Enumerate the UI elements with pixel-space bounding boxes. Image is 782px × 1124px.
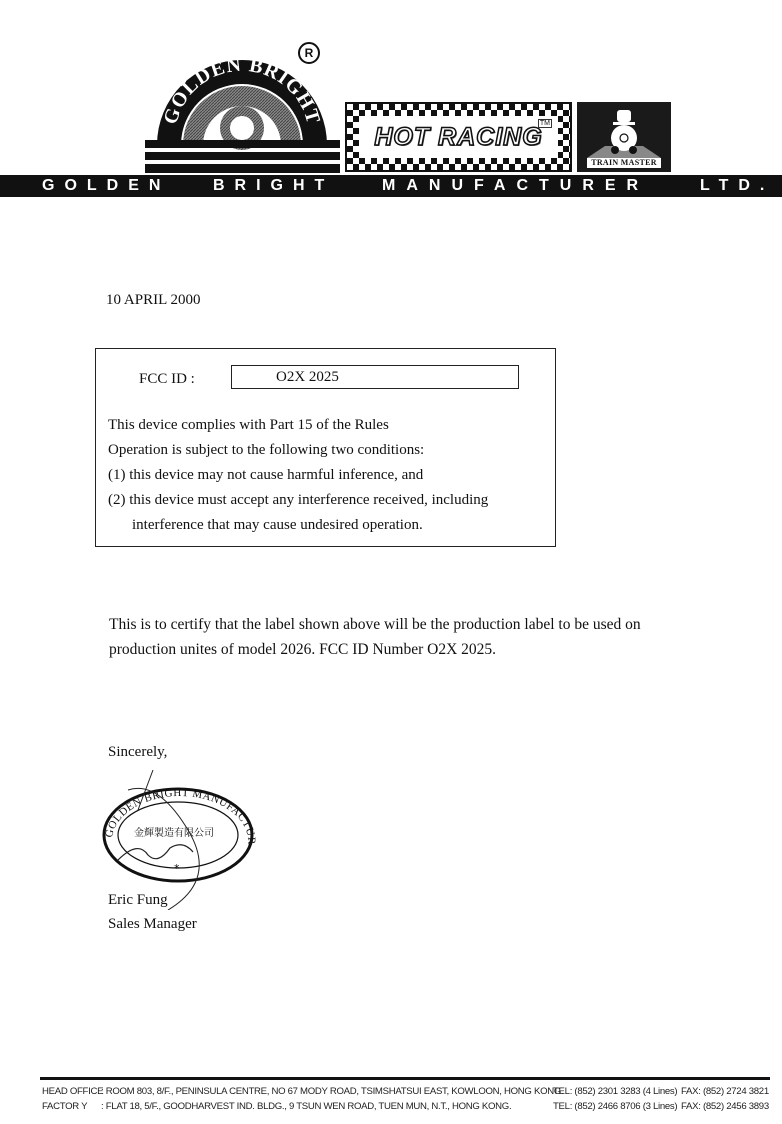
head-office-fax: FAX: (852) 2724 3821 <box>681 1086 769 1097</box>
company-banner: GOLDEN BRIGHT MANUFACTURER LTD. <box>0 175 782 197</box>
conditions-intro: Operation is subject to the following tw… <box>108 442 424 459</box>
closing: Sincerely, <box>108 744 167 761</box>
stamp-star: * <box>174 862 180 875</box>
head-office-address: ROOM 803, 8/F., PENINSULA CENTRE, NO 67 … <box>106 1086 564 1097</box>
factory-address: FLAT 18, 5/F., GOODHARVEST IND. BLDG., 9… <box>106 1101 512 1112</box>
signer-title: Sales Manager <box>108 916 197 933</box>
signer-name: Eric Fung <box>108 892 168 909</box>
condition-1: (1) this device may not cause harmful in… <box>108 467 423 484</box>
letter-date: 10 APRIL 2000 <box>106 292 200 309</box>
head-office-tel: TEL: (852) 2301 3283 (4 Lines) <box>553 1086 677 1097</box>
trademark-mark: TM <box>538 119 552 128</box>
hot-racing-text: HOT RACING <box>374 123 542 152</box>
factory-tel: TEL: (852) 2466 8706 (3 Lines) <box>553 1101 677 1112</box>
banner-word-ltd: LTD. <box>700 175 774 197</box>
train-master-logo: TRAIN MASTER <box>577 102 671 172</box>
signature-scribble <box>118 845 193 860</box>
banner-word-golden: GOLDEN <box>42 175 170 197</box>
fcc-label-box: FCC ID : O2X 2025 This device complies w… <box>95 348 556 547</box>
hot-racing-logo: HOT RACING TM <box>345 102 572 172</box>
factory-fax: FAX: (852) 2456 3893 <box>681 1101 769 1112</box>
condition-2-continued: interference that may cause undesired op… <box>132 517 423 534</box>
head-office-label: HEAD OFFICE <box>42 1086 103 1097</box>
condition-2: (2) this device must accept any interfer… <box>108 492 488 509</box>
compliance-line: This device complies with Part 15 of the… <box>108 417 389 434</box>
banner-word-bright: BRIGHT <box>213 175 334 197</box>
certify-line-2: production unites of model 2026. FCC ID … <box>109 641 496 659</box>
banner-word-manufacturer: MANUFACTURER <box>382 175 649 197</box>
certify-line-1: This is to certify that the label shown … <box>109 616 641 634</box>
company-stamp: GOLDEN BRIGHT MANUFACTURER LTD. 金輝製造有限公司… <box>98 770 258 910</box>
factory-label: FACTOR Y <box>42 1101 87 1112</box>
train-master-label: TRAIN MASTER <box>587 158 661 168</box>
fcc-id-label: FCC ID : <box>139 371 195 388</box>
stamp-chinese-text: 金輝製造有限公司 <box>134 826 214 839</box>
fcc-id-value: O2X 2025 <box>231 365 519 389</box>
footer-divider <box>40 1077 770 1080</box>
registered-mark: R <box>298 42 320 64</box>
